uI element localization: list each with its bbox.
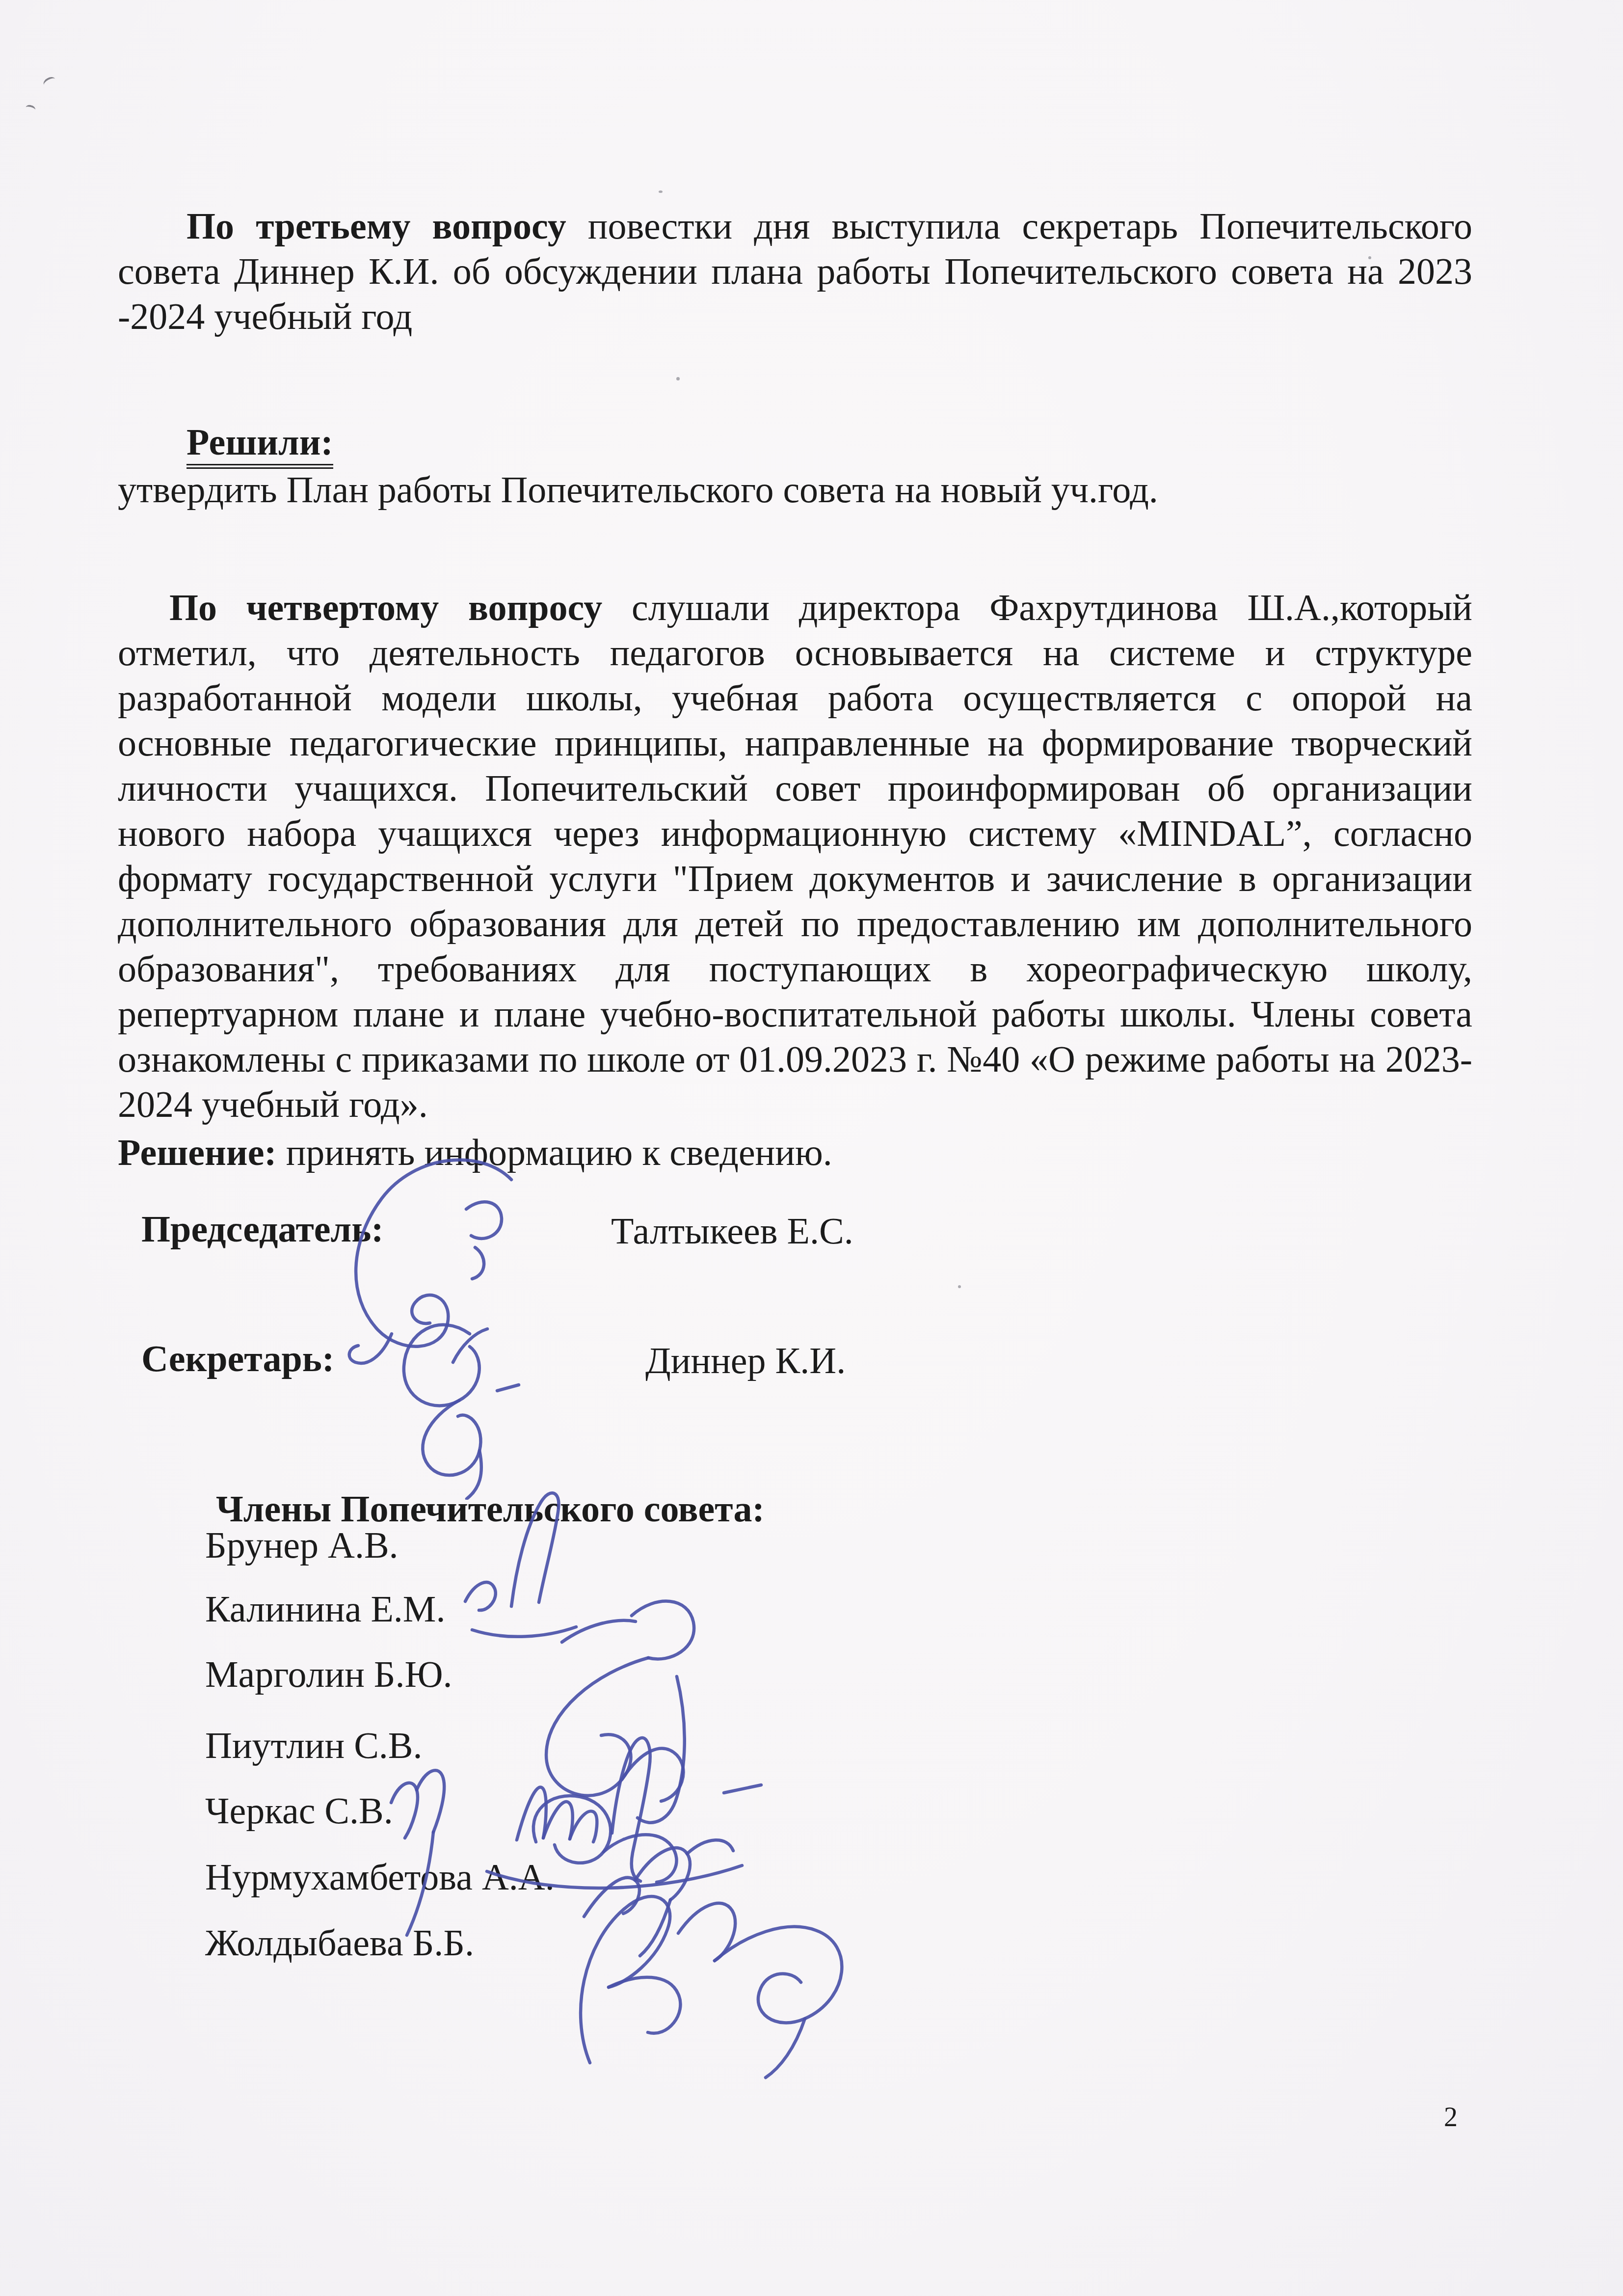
scan-speck	[676, 377, 680, 380]
fourth-question-body: слушали директора Фахрутдинова Ш.А.,кото…	[118, 587, 1472, 1125]
resolved-heading-wrap: Решили:	[186, 420, 333, 465]
cherkas-signature	[361, 1743, 486, 1939]
decision-lead: Решение:	[118, 1132, 277, 1173]
member-name-margolin: Марголин Б.Ю.	[205, 1652, 452, 1697]
member-name-piutlin: Пиутлин С.В.	[205, 1723, 423, 1768]
member-name-cherkas: Черкас С.В.	[205, 1788, 393, 1834]
decision-body: принять информацию к сведению.	[277, 1132, 832, 1173]
page-number: 2	[1444, 2104, 1458, 2131]
member-name-nurmukhambetova: Нурмухамбетова А.А.	[205, 1855, 555, 1900]
paragraph-fourth-question: По четвертому вопросу слушали директора …	[118, 585, 1472, 1127]
paragraph-third-question: По третьему вопросу повестки дня выступи…	[118, 204, 1472, 339]
nurmukhambetova-signature	[559, 1816, 744, 1961]
resolved-body: утвердить План работы Попечительского со…	[118, 467, 1472, 513]
third-question-lead: По третьему вопросу	[186, 206, 566, 247]
kalinina-signature	[474, 1583, 741, 1829]
fourth-question-lead: По четвертому вопросу	[169, 587, 602, 628]
scan-artifact	[25, 104, 36, 113]
chairman-name: Талтыкеев Е.С.	[611, 1209, 853, 1254]
member-name-zholdybaeva: Жолдыбаева Б.Б.	[205, 1920, 474, 1966]
chairman-label: Председатель:	[141, 1207, 384, 1252]
scanned-protocol-page: По третьему вопросу повестки дня выступи…	[0, 0, 1623, 2296]
fourth-question-block: По четвертому вопросу слушали директора …	[118, 585, 1472, 1175]
member-name-kalinina: Калинина Е.М.	[205, 1587, 445, 1632]
secretary-signature	[366, 1303, 528, 1500]
decision-line: Решение: принять информацию к сведению.	[118, 1130, 1472, 1175]
resolved-heading: Решили:	[186, 422, 333, 469]
scan-artifact	[42, 75, 57, 89]
secretary-name: Диннер К.И.	[645, 1338, 846, 1383]
member-name-bruner: Брунер А.В.	[205, 1523, 399, 1568]
scan-speck	[659, 190, 663, 193]
chairman-signature	[319, 1151, 555, 1367]
secretary-label: Секретарь:	[141, 1336, 334, 1381]
scan-speck	[958, 1285, 961, 1288]
zholdybaeva-signature	[501, 1856, 891, 2094]
